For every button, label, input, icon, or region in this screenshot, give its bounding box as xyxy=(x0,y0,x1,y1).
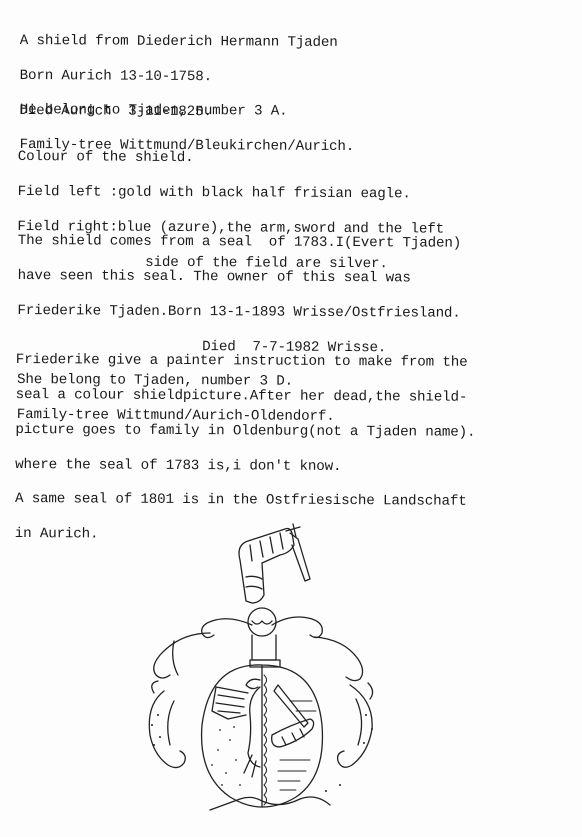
mantling-scrollwork-icon xyxy=(149,617,372,810)
text-line: He belong to Tjaden, number 3 A. xyxy=(20,105,355,119)
text-line: Field left :gold with black half frisian… xyxy=(18,187,445,201)
text-line: have seen this seal. The owner of this s… xyxy=(18,271,461,285)
text-line: A same seal of 1801 is in the Ostfriesis… xyxy=(15,494,475,508)
text-line: seal a colour shieldpicture.After her de… xyxy=(16,390,476,404)
scanned-page: A shield from Diederich Hermann Tjaden B… xyxy=(0,0,582,837)
text-line: picture goes to family in Oldenburg(not … xyxy=(15,425,475,439)
coat-of-arms-illustration xyxy=(140,515,380,830)
text-line: The shield comes from a seal of 1783.I(E… xyxy=(18,236,461,250)
text-line: where the seal of 1783 is,i don't know. xyxy=(15,460,475,474)
text-line: Colour of the shield. xyxy=(18,152,445,166)
text-line: Friederike give a painter instruction to… xyxy=(16,355,476,369)
text-line: A shield from Diederich Hermann Tjaden xyxy=(20,36,338,50)
armored-arm-crest-icon xyxy=(239,524,310,603)
sword-and-hand-icon xyxy=(272,685,316,790)
helmet-icon xyxy=(248,608,280,667)
half-eagle-icon xyxy=(212,679,260,777)
text-line: Friederike Tjaden.Born 13-1-1893 Wrisse/… xyxy=(17,306,460,320)
